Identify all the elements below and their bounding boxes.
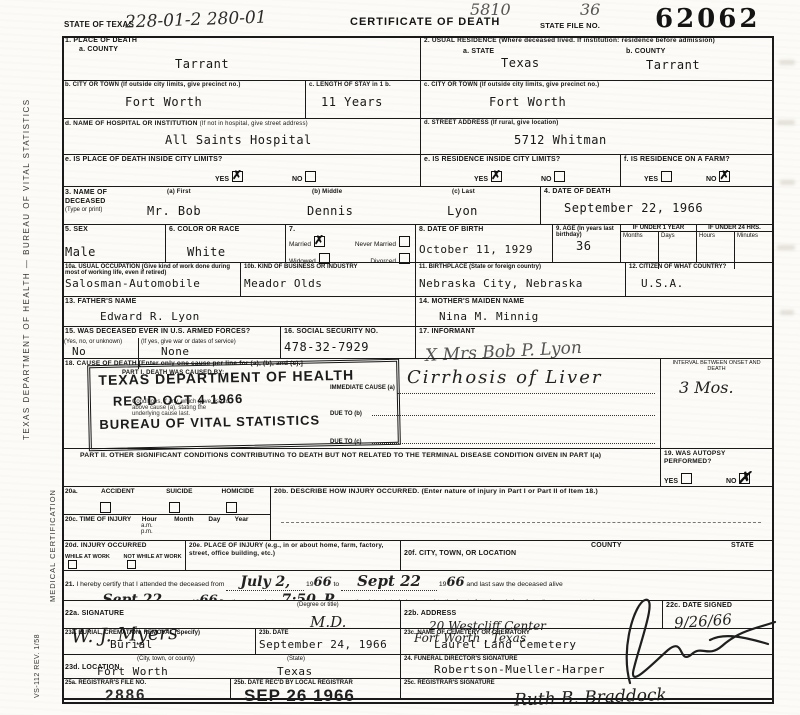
cert-to-date: Sept 22: [341, 572, 437, 591]
under-24-hrs-label: IF UNDER 24 HRS.: [697, 225, 772, 232]
homicide-checkbox: [226, 502, 237, 513]
address-label: 22b. ADDRESS: [404, 610, 456, 617]
date-received-stamp: SEP 26 1966: [244, 686, 397, 706]
month-label: Month: [174, 516, 208, 523]
burial-city-value: Fort Worth: [97, 665, 168, 678]
degree-label: (Degree or title): [297, 602, 339, 608]
city-of-death-label: b. CITY OR TOWN (If outside city limits,…: [65, 82, 302, 90]
injury-occurred-label: 20d. INJURY OCCURRED: [65, 542, 182, 550]
cert-on-year: 66: [200, 593, 218, 600]
dob-value: October 11, 1929: [419, 243, 549, 256]
stamp-line2: REC'D OCT 4 1966: [113, 388, 389, 409]
name-label: 3. NAME OF DECEASED: [65, 189, 135, 207]
interval-label: INTERVAL BETWEEN ONSET AND DEATH: [664, 360, 769, 372]
middle-name-label: (b) Middle: [312, 189, 342, 197]
state-file-no-label: STATE FILE NO.: [540, 21, 600, 30]
field-part2: PART II. OTHER SIGNIFICANT CONDITIONS CO…: [62, 449, 660, 486]
married-checkbox: [314, 236, 325, 247]
field-informant: 17. INFORMANT X Mrs Bob P. Lyon: [415, 327, 772, 358]
field-hospital: d. NAME OF HOSPITAL OR INSTITUTION (If n…: [62, 119, 420, 154]
age-value: 36: [576, 239, 617, 253]
field-length-of-stay: c. LENGTH OF STAY in 1 b. 11 Years: [305, 81, 420, 118]
field-marital-status: 7. Married Never Married Widowed Divorce…: [285, 225, 415, 262]
cert-time: 7:50: [275, 592, 321, 600]
yes-label: YES: [664, 478, 678, 485]
field-place-of-death: 1. PLACE OF DEATH a. COUNTY Tarrant: [62, 36, 420, 80]
field-20a-manner: 20a. ACCIDENT SUICIDE HOMICIDE: [62, 487, 270, 514]
hospital-sublabel: (If not in hospital, give street address…: [200, 121, 308, 127]
row-2: b. CITY OR TOWN (If outside city limits,…: [62, 80, 772, 118]
no-label: NO: [292, 176, 303, 183]
street-address-value: 5712 Whitman: [514, 133, 769, 147]
cert-num: 21.: [65, 581, 74, 588]
interval-value: 3 Mos.: [679, 378, 769, 397]
field-if-under-24-hrs: IF UNDER 24 HRS. Hours Minutes: [696, 225, 772, 262]
accident-label: ACCIDENT: [86, 488, 150, 495]
field-mother-name: 14. MOTHER'S MAIDEN NAME Nina M. Minnig: [415, 297, 772, 326]
birthplace-label: 11. BIRTHPLACE (State or foreign country…: [419, 264, 622, 270]
race-value: White: [187, 245, 282, 259]
occupation-label: 10a. USUAL OCCUPATION (Give kind of work…: [65, 264, 237, 276]
father-value: Edward R. Lyon: [100, 310, 412, 323]
hospital-value: All Saints Hospital: [165, 133, 417, 147]
no-label: NO: [726, 478, 737, 485]
armed-forces-answer: No: [72, 345, 136, 358]
field-citizen: 12. CITIZEN OF WHAT COUNTRY? U.S.A.: [625, 263, 772, 296]
field-20d-injury-occurred: 20d. INJURY OCCURRED WHILE AT WORK NOT W…: [62, 541, 185, 570]
field-father-name: 13. FATHER'S NAME Edward R. Lyon: [62, 297, 415, 326]
middle-name-value: Dennis: [307, 204, 353, 218]
field-date-of-death: 4. DATE OF DEATH September 22, 1966: [540, 187, 772, 224]
residence-city-value: Fort Worth: [489, 95, 769, 109]
signature-label: 22a. SIGNATURE: [65, 610, 124, 617]
ssn-value: 478-32-7929: [284, 340, 412, 354]
field-street-address: d. STREET ADDRESS (If rural, give locati…: [420, 119, 772, 154]
death-inside-label: e. IS PLACE OF DEATH INSIDE CITY LIMITS?: [65, 156, 417, 165]
business-value: Meador Olds: [244, 277, 412, 290]
field-20b-how-injury: 20b. DESCRIBE HOW INJURY OCCURRED. (Ente…: [270, 487, 772, 514]
married-label: Married: [289, 241, 311, 248]
armed-forces-label: 15. WAS DECEASED EVER IN U.S. ARMED FORC…: [62, 327, 280, 338]
yes-label: YES: [474, 176, 488, 183]
business-label: 10b. KIND OF BUSINESS OR INDUSTRY: [244, 264, 412, 270]
no-label: NO: [706, 176, 717, 183]
never-married-checkbox: [399, 236, 410, 247]
place-of-death-label: 1. PLACE OF DEATH: [65, 37, 417, 46]
part2-label: PART II. OTHER SIGNIFICANT CONDITIONS CO…: [80, 452, 657, 460]
residence-state-label: a. STATE: [463, 48, 494, 57]
row-6: 5. SEX Male 6. COLOR OR RACE White 7. Ma…: [62, 224, 772, 262]
field-physician-signature: 22a. SIGNATURE (Degree or title) W. J. M…: [62, 601, 400, 628]
field-business: 10b. KIND OF BUSINESS OR INDUSTRY Meador…: [240, 263, 415, 296]
how-injury-label: 20b. DESCRIBE HOW INJURY OCCURRED. (Ente…: [274, 488, 769, 496]
death-inside-yes-checkbox: [232, 171, 243, 182]
cert-from-date: July 2,: [226, 574, 304, 591]
sex-label: 5. SEX: [65, 226, 162, 235]
last-name-label: (c) Last: [452, 189, 475, 197]
row-5: 3. NAME OF DECEASED (Type or print) (a) …: [62, 186, 772, 224]
row-4: e. IS PLACE OF DEATH INSIDE CITY LIMITS?…: [62, 154, 772, 186]
state-file-number: 62062: [655, 4, 760, 34]
field-registrar-file-no: 25a. REGISTRAR'S FILE NO. 2886: [62, 679, 230, 698]
never-married-label: Never Married: [355, 241, 396, 248]
field-20b-writein-area: [270, 514, 772, 540]
length-of-stay-value: 11 Years: [321, 95, 417, 109]
row-1: 1. PLACE OF DEATH a. COUNTY Tarrant 2. U…: [62, 36, 772, 80]
cert-yr-pre1: 19: [306, 581, 314, 588]
not-while-at-work-checkbox: [127, 560, 136, 569]
handwritten-district-code: 228-01-2 280-01: [125, 8, 267, 33]
birthplace-value: Nebraska City, Nebraska: [419, 277, 622, 290]
row-14: 20d. INJURY OCCURRED WHILE AT WORK NOT W…: [62, 540, 772, 570]
no-label: NO: [541, 176, 552, 183]
place-of-injury-label: 20e. PLACE OF INJURY (e.g., in or about …: [189, 542, 397, 558]
field-birthplace: 11. BIRTHPLACE (State or foreign country…: [415, 263, 625, 296]
row-12: 20a. ACCIDENT SUICIDE HOMICIDE 20b. DESC…: [62, 486, 772, 514]
first-name-value: Mr. Bob: [147, 204, 201, 218]
city-of-death-value: Fort Worth: [125, 95, 302, 109]
field-occupation: 10a. USUAL OCCUPATION (Give kind of work…: [62, 263, 240, 296]
cert-ampm: P: [324, 592, 335, 600]
while-at-work-checkbox: [68, 560, 77, 569]
death-inside-no-checkbox: [305, 171, 316, 182]
occupation-value: Salosman-Automobile: [65, 277, 237, 290]
field-20c-time-of-injury: 20c. TIME OF INJURY Hour Month Day Year …: [62, 514, 270, 540]
cert-from-year: 66: [314, 575, 332, 590]
margin-form-number: VS-112 REV. 1/58: [34, 560, 41, 698]
date-of-death-value: September 22, 1966: [564, 201, 769, 215]
farm-label: f. IS RESIDENCE ON A FARM?: [624, 156, 769, 165]
citizen-label: 12. CITIZEN OF WHAT COUNTRY?: [629, 264, 769, 270]
registrar-file-value: 2886: [105, 685, 227, 704]
usual-residence-label: 2. USUAL RESIDENCE (Where deceased lived…: [424, 37, 769, 45]
farm-no-checkbox: [719, 171, 730, 182]
accident-checkbox: [100, 502, 111, 513]
race-label: 6. COLOR OR RACE: [169, 226, 282, 235]
under-1-year-label: IF UNDER 1 YEAR: [621, 225, 696, 232]
row-9: 15. WAS DECEASED EVER IN U.S. ARMED FORC…: [62, 326, 772, 358]
field-burial-location: 23d. LOCATION (City, town, or county) (S…: [62, 655, 400, 678]
field-residence-city: c. CITY OR TOWN (If outside city limits,…: [420, 81, 772, 118]
yes-label: YES: [644, 176, 658, 183]
burial-type-label: 23a. BURIAL, CREMATION, REMOVAL (Specify…: [65, 630, 252, 636]
row-8: 13. FATHER'S NAME Edward R. Lyon 14. MOT…: [62, 296, 772, 326]
bleed-through-mark: [777, 245, 795, 250]
residence-county-label: b. COUNTY: [626, 48, 666, 57]
autopsy-label: 19. WAS AUTOPSY PERFORMED?: [664, 450, 769, 466]
burial-date-label: 23b. DATE: [259, 630, 397, 636]
row-7: 10a. USUAL OCCUPATION (Give kind of work…: [62, 262, 772, 296]
row-11: PART II. OTHER SIGNIFICANT CONDITIONS CO…: [62, 448, 772, 486]
injury-city-label: 20f. CITY, TOWN, OR LOCATION: [404, 550, 516, 557]
field-age: 9. AGE (In years last birthday) 36: [552, 225, 620, 262]
suicide-label: SUICIDE: [150, 488, 209, 495]
cert-to-word: to: [334, 581, 340, 588]
autopsy-yes-checkbox: [681, 473, 692, 484]
row-3: d. NAME OF HOSPITAL OR INSTITUTION (If n…: [62, 118, 772, 154]
field-20f-city-county-state: 20f. CITY, TOWN, OR LOCATION COUNTY STAT…: [400, 541, 772, 570]
manner-num-label: 20a.: [65, 488, 78, 495]
certificate-title: CERTIFICATE OF DEATH: [350, 16, 500, 28]
field-interval: INTERVAL BETWEEN ONSET AND DEATH 3 Mos.: [660, 359, 772, 448]
first-name-label: (a) First: [167, 189, 191, 197]
suicide-checkbox: [169, 502, 180, 513]
injury-state-label: STATE: [731, 542, 754, 551]
autopsy-no-checkbox: [739, 473, 750, 484]
time-of-injury-label: 20c. TIME OF INJURY: [65, 516, 142, 523]
length-of-stay-label: c. LENGTH OF STAY in 1 b.: [309, 82, 417, 90]
bleed-through-mark: [780, 310, 794, 315]
field-date-received: 25b. DATE REC'D BY LOCAL REGISTRAR SEP 2…: [230, 679, 400, 698]
dob-label: 8. DATE OF BIRTH: [419, 226, 549, 235]
bleed-through-mark: [777, 120, 795, 125]
field-usual-residence: 2. USUAL RESIDENCE (Where deceased lived…: [420, 36, 772, 80]
burial-location-sub2: (State): [287, 656, 305, 662]
last-name-value: Lyon: [447, 204, 478, 218]
citizen-value: U.S.A.: [641, 277, 769, 290]
sex-value: Male: [65, 245, 162, 259]
field-if-under-1-year: IF UNDER 1 YEAR Months Days: [620, 225, 696, 262]
field-20e-place-of-injury: 20e. PLACE OF INJURY (e.g., in or about …: [185, 541, 400, 570]
penciled-number-2: 36: [580, 0, 600, 19]
stamp-line3: BUREAU OF VITAL STATISTICS: [99, 411, 389, 432]
pm-label: p.m.: [141, 529, 267, 535]
homicide-label: HOMICIDE: [209, 488, 268, 495]
ssn-label: 16. SOCIAL SECURITY NO.: [284, 328, 412, 337]
residence-city-label: c. CITY OR TOWN (If outside city limits,…: [424, 82, 769, 90]
burial-date-value: September 24, 1966: [259, 638, 397, 651]
stamp-line1: TEXAS DEPARTMENT OF HEALTH: [98, 366, 388, 388]
residence-inside-label: e. IS RESIDENCE INSIDE CITY LIMITS?: [424, 156, 617, 165]
mother-value: Nina M. Minnig: [439, 310, 769, 323]
bleed-through-mark: [780, 180, 795, 185]
name-sublabel: (Type or print): [65, 207, 102, 213]
residence-state-value: Texas: [501, 56, 540, 70]
state-of-texas-label: STATE OF TEXAS: [64, 20, 134, 30]
field-burial-type: 23a. BURIAL, CREMATION, REMOVAL (Specify…: [62, 629, 255, 654]
funeral-director-signature-scrawl: [590, 588, 790, 698]
margin-medical-certification-text: MEDICAL CERTIFICATION: [48, 442, 57, 602]
field-autopsy: 19. WAS AUTOPSY PERFORMED? YES NO: [660, 449, 772, 486]
field-sex: 5. SEX Male: [62, 225, 165, 262]
date-of-death-label: 4. DATE OF DEATH: [544, 188, 769, 197]
residence-inside-yes-checkbox: [491, 171, 502, 182]
bleed-through-mark: [779, 60, 795, 65]
hour-label: Hour: [142, 516, 174, 523]
field-armed-forces: 15. WAS DECEASED EVER IN U.S. ARMED FORC…: [62, 327, 280, 358]
burial-type-value: Burial: [110, 638, 252, 651]
armed-forces-sub2: (If yes, give war or dates of service): [141, 339, 236, 345]
field-name-of-deceased: 3. NAME OF DECEASED (Type or print) (a) …: [62, 187, 540, 224]
burial-state-value: Texas: [277, 665, 313, 678]
row-13: 20c. TIME OF INJURY Hour Month Day Year …: [62, 514, 772, 540]
field-ssn: 16. SOCIAL SECURITY NO. 478-32-7929: [280, 327, 415, 358]
yes-label: YES: [215, 176, 229, 183]
marital-label: 7.: [289, 226, 412, 235]
injury-county-label: COUNTY: [591, 542, 622, 551]
injury-blank-line: [281, 522, 761, 523]
day-label: Day: [208, 516, 234, 523]
field-date-of-birth: 8. DATE OF BIRTH October 11, 1929: [415, 225, 552, 262]
burial-location-sub1: (City, town, or county): [137, 656, 195, 662]
age-label: 9. AGE (In years last birthday): [556, 226, 617, 238]
cert-on-date: Sept 22: [74, 592, 190, 600]
mother-label: 14. MOTHER'S MAIDEN NAME: [419, 298, 769, 307]
cert-text1: I hereby certify that I attended the dec…: [76, 581, 224, 588]
hospital-label: d. NAME OF HOSPITAL OR INSTITUTION: [65, 120, 198, 127]
cause-a-line: [397, 381, 655, 394]
cause-b-line: [372, 407, 655, 416]
cert-text2: and last saw the deceased alive: [466, 581, 562, 588]
county-label: a. COUNTY: [79, 46, 417, 55]
field-residence-on-farm: f. IS RESIDENCE ON A FARM? YES NO: [620, 155, 772, 186]
cert-to-year: 66: [446, 575, 464, 590]
field-burial-date: 23b. DATE September 24, 1966: [255, 629, 400, 654]
field-city-of-death: b. CITY OR TOWN (If outside city limits,…: [62, 81, 305, 118]
armed-forces-service: None: [161, 345, 236, 358]
field-color-or-race: 6. COLOR OR RACE White: [165, 225, 285, 262]
margin-agency-text: TEXAS DEPARTMENT OF HEALTH — BUREAU OF V…: [22, 50, 31, 440]
street-address-label: d. STREET ADDRESS (If rural, give locati…: [424, 120, 769, 128]
county-value: Tarrant: [175, 57, 417, 71]
field-death-inside-city-limits: e. IS PLACE OF DEATH INSIDE CITY LIMITS?…: [62, 155, 420, 186]
residence-county-value: Tarrant: [646, 58, 700, 72]
cause-c-line: [372, 435, 655, 444]
field-residence-inside-city-limits: e. IS RESIDENCE INSIDE CITY LIMITS? YES …: [420, 155, 620, 186]
residence-inside-no-checkbox: [554, 171, 565, 182]
farm-yes-checkbox: [661, 171, 672, 182]
year-label: Year: [235, 516, 263, 523]
received-stamp: TEXAS DEPARTMENT OF HEALTH REC'D OCT 4 1…: [87, 359, 401, 452]
father-label: 13. FATHER'S NAME: [65, 298, 412, 307]
death-certificate-scan: 5810 36 STATE OF TEXAS 228-01-2 280-01 C…: [0, 0, 800, 715]
